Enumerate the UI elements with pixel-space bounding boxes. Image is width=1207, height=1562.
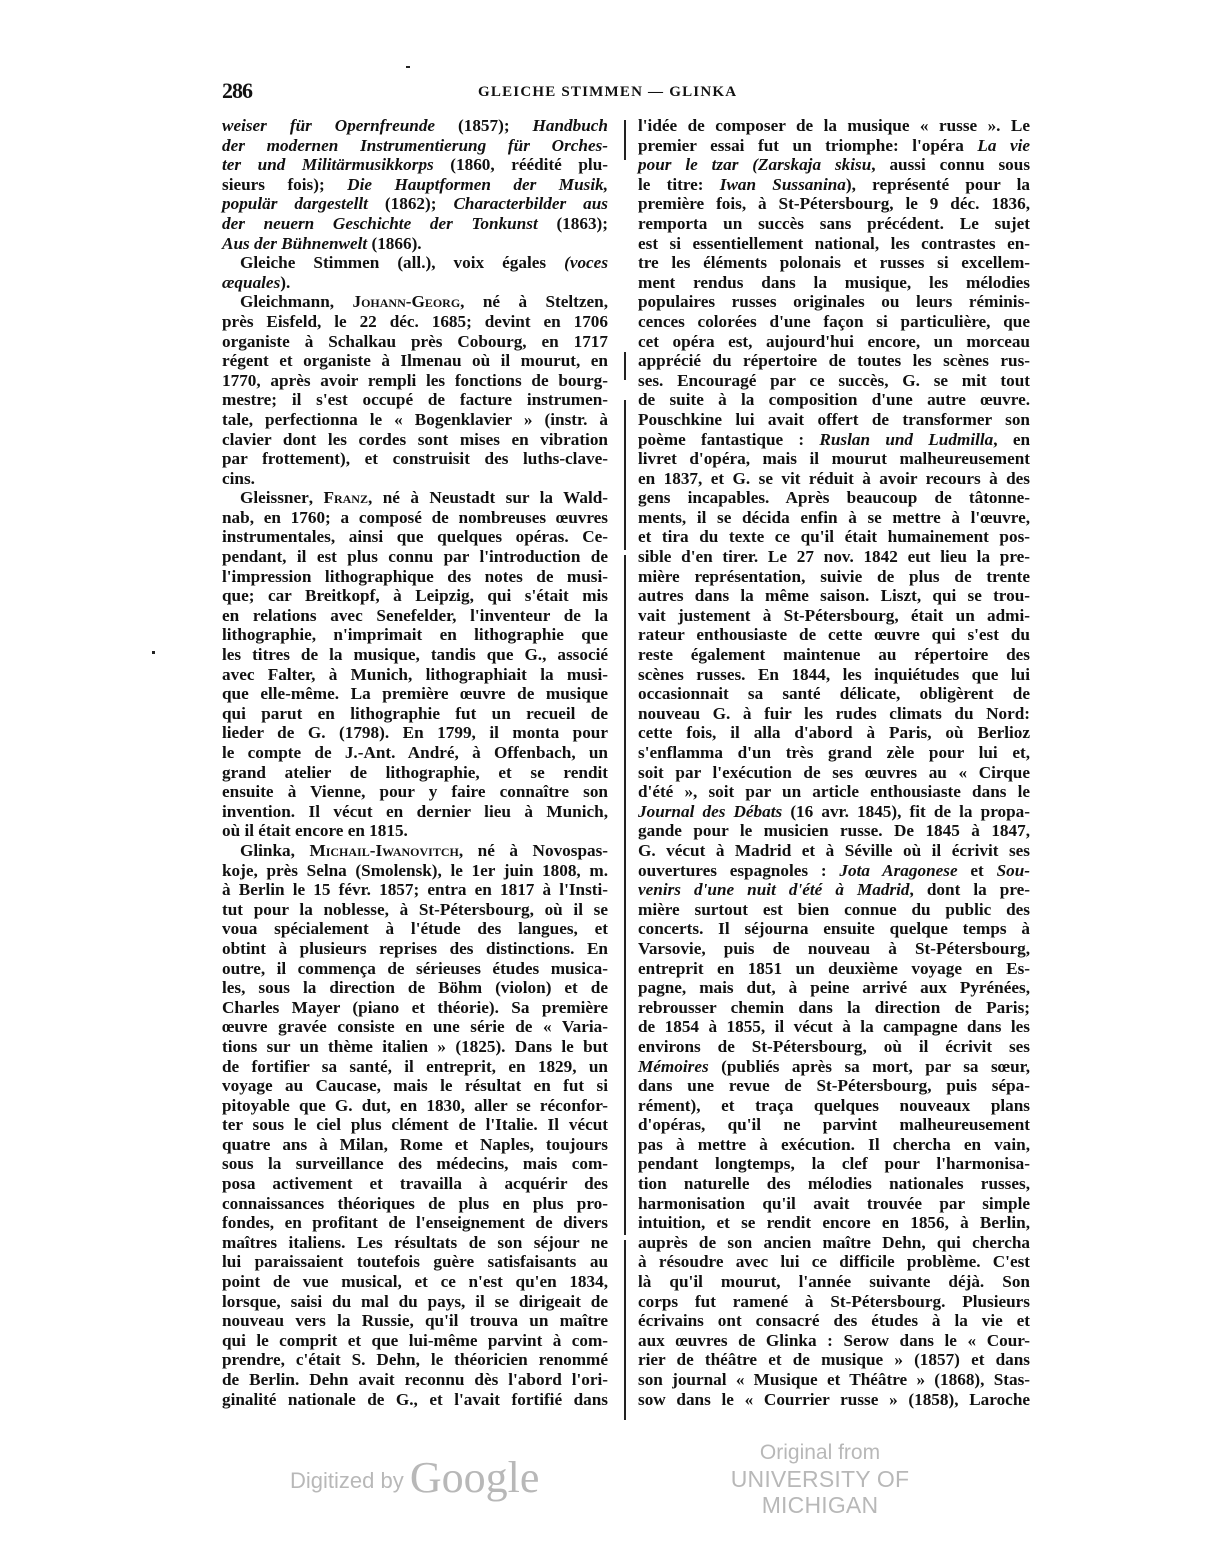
text-line: fondes, en profitant de l'enseignement d… xyxy=(222,1213,608,1233)
text-line: lithographie, n'imprimait en lithographi… xyxy=(222,625,608,645)
google-digitized-watermark: Digitized by Google xyxy=(290,1448,539,1499)
text-run: Varsovie, puis de nouveau à St-Pétersbou… xyxy=(638,939,1030,958)
text-run: l'idée de composer de la musique « russe… xyxy=(638,116,1030,135)
text-run: harmonisation qu'il avait trouvée par si… xyxy=(638,1194,1030,1213)
text-line: Gleissner, Franz, né à Neustadt sur la W… xyxy=(222,488,608,508)
text-run: auprès de son ancien maître Dehn, qui ch… xyxy=(638,1233,1030,1252)
text-run: voua spécialement à l'étude des langues,… xyxy=(222,919,608,938)
text-line: tale, perfectionna le « Bogenklavier » (… xyxy=(222,410,608,430)
text-run: populaires russes originales ou leurs ré… xyxy=(638,292,1030,311)
text-line: pas à mettre à exécution. Il chercha en … xyxy=(638,1135,1030,1155)
text-line: pour le tzar (Zarskaja skisu, aussi conn… xyxy=(638,155,1030,175)
text-line: les, sous la direction de Böhm (violon) … xyxy=(222,978,608,998)
italic-title: Journal des Débats xyxy=(638,802,782,821)
italic-title: Characterbilder aus xyxy=(453,194,608,213)
text-line: grand atelier de lithographie, et se ren… xyxy=(222,763,608,783)
text-line: cet opéra est, aujourd'hui encore, un mo… xyxy=(638,332,1030,352)
text-run: reste également maintenue au répertoire … xyxy=(638,645,1030,664)
text-line: auprès de son ancien maître Dehn, qui ch… xyxy=(638,1233,1030,1253)
text-run: , xyxy=(291,841,310,860)
text-run: fondes, en profitant de l'enseignement d… xyxy=(222,1213,608,1232)
text-run: autres dans la même saison. Liszt, qui s… xyxy=(638,586,1030,605)
text-run: soit par l'exécution de ses œuvres au « … xyxy=(638,763,1030,782)
text-run: Charles Mayer (piano et théorie). Sa pre… xyxy=(222,998,608,1017)
text-line: de Berlin. Dehn avait reconnu dès l'abor… xyxy=(222,1370,608,1390)
text-run: pas à mettre à exécution. Il chercha en … xyxy=(638,1135,1030,1154)
text-run: ment rendus dans la musique, les mélodie… xyxy=(638,273,1030,292)
text-run: nouveau vers la Russie, qu'il trouva un … xyxy=(222,1311,608,1330)
text-line: maîtres italiens. Les résultats de son s… xyxy=(222,1233,608,1253)
text-run: 1770, après avoir rempli les fonctions d… xyxy=(222,371,608,390)
text-line: autres dans la même saison. Liszt, qui s… xyxy=(638,586,1030,606)
text-run: aux œuvres de Glinka : Serow dans le « C… xyxy=(638,1331,1030,1350)
text-run: Pouschkine lui avait offert de transform… xyxy=(638,410,1030,429)
text-run: koje, près Selna (Smolensk), le 1er juin… xyxy=(222,861,608,880)
page-number: 286 xyxy=(222,78,252,104)
text-line: que; car Breitkopf, à Leipzig, qui s'éta… xyxy=(222,586,608,606)
text-line: pendant longtemps, la clef pour l'harmon… xyxy=(638,1154,1030,1174)
text-line: l'impression lithographique des notes de… xyxy=(222,567,608,587)
text-run: à Berlin le 15 févr. 1857; entra en 1817… xyxy=(222,880,608,899)
text-run: point de vue musical, et ce n'est qu'en … xyxy=(222,1272,608,1291)
text-line: nouveau vers la Russie, qu'il trouva un … xyxy=(222,1311,608,1331)
given-name: Franz xyxy=(323,488,368,507)
text-line: par frottement), et construisit des luth… xyxy=(222,449,608,469)
text-run: (1866). xyxy=(367,234,421,253)
column-rule xyxy=(624,400,626,550)
text-run: tut pour la noblesse, à St-Pétersbourg, … xyxy=(222,900,608,919)
text-line: cences colorées d'une façon si particuli… xyxy=(638,312,1030,332)
text-line: sible d'en tirer. Le 27 nov. 1842 eut li… xyxy=(638,547,1030,567)
text-line: pagne, mais dut, à peine arrivé aux Pyré… xyxy=(638,978,1030,998)
text-line: voua spécialement à l'étude des langues,… xyxy=(222,919,608,939)
italic-title: Handbuch xyxy=(533,116,608,135)
text-run: sous la surveillance des médecins, mais … xyxy=(222,1154,608,1173)
text-line: gens incapables. Après beaucoup de tâton… xyxy=(638,488,1030,508)
text-run: gande pour le musicien russe. De 1845 à … xyxy=(638,821,1030,840)
digitized-by-text: Digitized by xyxy=(290,1468,404,1493)
text-run: corps fut ramené à St-Pétersbourg. Plusi… xyxy=(638,1292,1030,1311)
text-line: de fortifier sa santé, il entreprit, en … xyxy=(222,1057,608,1077)
text-run: première fois, à St-Pétersbourg, le 9 dé… xyxy=(638,194,1030,213)
italic-title: Iwan Sussanina xyxy=(720,175,846,194)
text-run: (16 avr. 1845), fit de la propa- xyxy=(782,802,1030,821)
text-line: connaissances théoriques de plus en plus… xyxy=(222,1194,608,1214)
text-run: , dont la pre- xyxy=(910,880,1030,899)
text-line: obtint à plusieurs reprises des distinct… xyxy=(222,939,608,959)
text-line: 1770, après avoir rempli les fonctions d… xyxy=(222,371,608,391)
text-run: qui le comprit et que lui-même parvint à… xyxy=(222,1331,608,1350)
text-line: ginalité nationale de G., et l'avait for… xyxy=(222,1390,608,1410)
text-run: (1863); xyxy=(538,214,608,233)
text-run: (publiés après sa mort, par sa sœur, xyxy=(709,1057,1030,1076)
column-rule xyxy=(624,1240,626,1420)
text-line: point de vue musical, et ce n'est qu'en … xyxy=(222,1272,608,1292)
text-line: mière surtout est bien connue du public … xyxy=(638,900,1030,920)
text-run: ensuite à Vienne, pour y faire connaître… xyxy=(222,782,608,801)
text-run: occasionnait sa santé délicate, obligère… xyxy=(638,684,1030,703)
text-line: les titres de la musique, tandis que G.,… xyxy=(222,645,608,665)
text-line: koje, près Selna (Smolensk), le 1er juin… xyxy=(222,861,608,881)
text-line: nouveau G. à fuir les rudes climats du N… xyxy=(638,704,1030,724)
text-line: mestre; il s'est occupé de facture instr… xyxy=(222,390,608,410)
text-run: là qu'il mourut, l'année suivante déjà. … xyxy=(638,1272,1030,1291)
text-run: apprécié du répertoire de toutes les scè… xyxy=(638,351,1030,370)
italic-title: Aus der Bühnenwelt xyxy=(222,234,367,253)
text-line: que elle-même. La première œuvre de musi… xyxy=(222,684,608,704)
text-line: où il était encore en 1815. xyxy=(222,821,608,841)
university-text: UNIVERSITY OF MICHIGAN xyxy=(700,1466,940,1518)
text-line: d'opéras, qu'il ne parvint malheureuseme… xyxy=(638,1115,1030,1135)
italic-title: weiser für Opernfreunde xyxy=(222,116,435,135)
text-line: tions sur un thème italien » (1825). Dan… xyxy=(222,1037,608,1057)
text-line: le titre: Iwan Sussanina), représenté po… xyxy=(638,175,1030,195)
text-run: quatre ans à Milan, Rome et Naples, touj… xyxy=(222,1135,608,1154)
original-from-text: Original from xyxy=(700,1440,940,1466)
text-run: en 1837, et G. se vit réduit à avoir rec… xyxy=(638,469,1030,488)
text-run: , xyxy=(330,292,353,311)
text-line: invention. Il vécut en dernier lieu à Mu… xyxy=(222,802,608,822)
text-line: ouvertures espagnoles : Jota Aragonese e… xyxy=(638,861,1030,881)
text-run: , aussi connu sous xyxy=(871,155,1030,174)
text-run: cette fois, il alla d'abord à Paris, où … xyxy=(638,723,1030,742)
text-line: cette fois, il alla d'abord à Paris, où … xyxy=(638,723,1030,743)
text-line: reste également maintenue au répertoire … xyxy=(638,645,1030,665)
text-run: cet opéra est, aujourd'hui encore, un mo… xyxy=(638,332,1030,351)
text-line: œuvre gravée consiste en une série de « … xyxy=(222,1017,608,1037)
text-line: scènes russes. En 1844, les inquiétudes … xyxy=(638,665,1030,685)
column-rule xyxy=(624,352,626,380)
text-run: , xyxy=(309,488,324,507)
text-line: der modernen Instrumentierung für Orches… xyxy=(222,136,608,156)
text-run: cences colorées d'une façon si particuli… xyxy=(638,312,1030,331)
italic-title: æquales xyxy=(222,273,280,292)
text-run: remporta un succès sans précédent. Le su… xyxy=(638,214,1030,233)
given-name: Michail-Iwanovitch xyxy=(310,841,459,860)
text-line: clavier dont les cordes sont mises en vi… xyxy=(222,430,608,450)
text-run: intuition, et se rendit encore en 1856, … xyxy=(638,1213,1030,1232)
text-run: lieder de G. (1798). En 1799, il monta p… xyxy=(222,723,608,742)
text-run: (all.), voix égales xyxy=(379,253,564,272)
text-line: corps fut ramené à St-Pétersbourg. Plusi… xyxy=(638,1292,1030,1312)
text-run: tion naturelle des mélodies nationales r… xyxy=(638,1174,1030,1193)
entry-headword: Gleissner xyxy=(240,488,309,507)
text-line: de suite à la composition d'une autre œu… xyxy=(638,390,1030,410)
text-run: , né à Steltzen, xyxy=(460,292,608,311)
text-run: tre les éléments polonais et russes si e… xyxy=(638,253,1030,272)
text-line: ensuite à Vienne, pour y faire connaître… xyxy=(222,782,608,802)
text-line: quatre ans à Milan, Rome et Naples, touj… xyxy=(222,1135,608,1155)
text-line: ments, il se décida enfin à se mettre à … xyxy=(638,508,1030,528)
italic-title: Sou- xyxy=(997,861,1030,880)
text-line: Mémoires (publiés après sa mort, par sa … xyxy=(638,1057,1030,1077)
text-line: aux œuvres de Glinka : Serow dans le « C… xyxy=(638,1331,1030,1351)
text-run: ter sous le ciel plus clément de l'Itali… xyxy=(222,1115,608,1134)
text-line: venirs d'une nuit d'été à Madrid, dont l… xyxy=(638,880,1030,900)
text-run: dans une revue de St-Pétersbourg, puis s… xyxy=(638,1076,1030,1095)
text-run: les titres de la musique, tandis que G.,… xyxy=(222,645,608,664)
text-line: pendant, il est plus connu par l'introdu… xyxy=(222,547,608,567)
text-line: qui parut en lithographie fut un recueil… xyxy=(222,704,608,724)
text-run: où il était encore en 1815. xyxy=(222,821,408,840)
text-run: voyage au Caucase, mais le résultat en f… xyxy=(222,1076,608,1095)
text-run: de fortifier sa santé, il entreprit, en … xyxy=(222,1057,608,1076)
text-run: œuvre gravée consiste en une série de « … xyxy=(222,1017,608,1036)
left-column: weiser für Opernfreunde (1857); Handbuch… xyxy=(222,116,608,1409)
text-line: dans une revue de St-Pétersbourg, puis s… xyxy=(638,1076,1030,1096)
text-line: apprécié du répertoire de toutes les scè… xyxy=(638,351,1030,371)
italic-title: La vie xyxy=(977,136,1030,155)
text-line: harmonisation qu'il avait trouvée par si… xyxy=(638,1194,1030,1214)
italic-title: der modernen Instrumentierung für Orches… xyxy=(222,136,608,155)
text-run: que elle-même. La première œuvre de musi… xyxy=(222,684,608,703)
text-line: mière représentation, suivie de plus de … xyxy=(638,567,1030,587)
text-run: , né à Neustadt sur la Wald- xyxy=(368,488,608,507)
original-from-watermark: Original from UNIVERSITY OF MICHIGAN xyxy=(700,1440,940,1518)
italic-title: der neuern Geschichte der Tonkunst xyxy=(222,214,538,233)
text-line: weiser für Opernfreunde (1857); Handbuch xyxy=(222,116,608,136)
text-run: maîtres italiens. Les résultats de son s… xyxy=(222,1233,608,1252)
text-run: et xyxy=(958,861,997,880)
text-run: (1862); xyxy=(368,194,454,213)
text-line: première fois, à St-Pétersbourg, le 9 dé… xyxy=(638,194,1030,214)
entry-headword: Gleiche Stimmen xyxy=(240,253,379,272)
text-run: près Eisfeld, le 22 déc. 1685; devint en… xyxy=(222,312,608,331)
text-run: ments, il se décida enfin à se mettre à … xyxy=(638,508,1030,527)
italic-title: Ruslan und Ludmilla xyxy=(819,430,993,449)
text-line: qui le comprit et que lui-même parvint à… xyxy=(222,1331,608,1351)
text-line: sous la surveillance des médecins, mais … xyxy=(222,1154,608,1174)
text-line: rateur enthousiaste de cette œuvre qui s… xyxy=(638,625,1030,645)
text-run: invention. Il vécut en dernier lieu à Mu… xyxy=(222,802,608,821)
text-line: soit par l'exécution de ses œuvres au « … xyxy=(638,763,1030,783)
text-run: régent et organiste à Ilmenau où il mour… xyxy=(222,351,608,370)
text-run: de suite à la composition d'une autre œu… xyxy=(638,390,1030,409)
text-line: Gleichmann, Johann-Georg, né à Steltzen, xyxy=(222,292,608,312)
text-line: ment rendus dans la musique, les mélodie… xyxy=(638,273,1030,293)
text-line: Pouschkine lui avait offert de transform… xyxy=(638,410,1030,430)
text-run: (1860, réédité plu- xyxy=(434,155,608,174)
text-line: sieurs fois); Die Hauptformen der Musik, xyxy=(222,175,608,195)
text-run: pagne, mais dut, à peine arrivé aux Pyré… xyxy=(638,978,1030,997)
text-line: populär dargestellt (1862); Characterbil… xyxy=(222,194,608,214)
text-line: tre les éléments polonais et russes si e… xyxy=(638,253,1030,273)
text-line: Gleiche Stimmen (all.), voix égales (voc… xyxy=(222,253,608,273)
text-line: posa activement et travailla à acquérir … xyxy=(222,1174,608,1194)
text-run: à résoudre avec lui ce difficile problèm… xyxy=(638,1252,1030,1271)
text-line: remporta un succès sans précédent. Le su… xyxy=(638,214,1030,234)
text-line: Varsovie, puis de nouveau à St-Pétersbou… xyxy=(638,939,1030,959)
text-line: sow dans le « Courrier russe » (1858), L… xyxy=(638,1390,1030,1410)
text-run: premier essai fut un triomphe: l'opéra xyxy=(638,136,977,155)
text-run: sow dans le « Courrier russe » (1858), L… xyxy=(638,1390,1030,1409)
text-run: grand atelier de lithographie, et se ren… xyxy=(222,763,608,782)
text-line: æquales). xyxy=(222,273,608,293)
right-column: l'idée de composer de la musique « russe… xyxy=(638,116,1030,1409)
italic-title: Jota Aragonese xyxy=(839,861,957,880)
text-line: tut pour la noblesse, à St-Pétersbourg, … xyxy=(222,900,608,920)
text-line: poème fantastique : Ruslan und Ludmilla,… xyxy=(638,430,1030,450)
text-run: mestre; il s'est occupé de facture instr… xyxy=(222,390,608,409)
text-run: de Berlin. Dehn avait reconnu dès l'abor… xyxy=(222,1370,608,1389)
text-line: Journal des Débats (16 avr. 1845), fit d… xyxy=(638,802,1030,822)
text-run: posa activement et travailla à acquérir … xyxy=(222,1174,608,1193)
text-run: outre, il commença de sérieuses études m… xyxy=(222,959,608,978)
text-run: l'impression lithographique des notes de… xyxy=(222,567,608,586)
italic-title: ter und Militärmusikkorps xyxy=(222,155,434,174)
text-line: lieder de G. (1798). En 1799, il monta p… xyxy=(222,723,608,743)
text-line: nab, en 1760; a composé de nombreuses œu… xyxy=(222,508,608,528)
text-line: le compte de J.-Ant. André, à Offenbach,… xyxy=(222,743,608,763)
text-line: occasionnait sa santé délicate, obligère… xyxy=(638,684,1030,704)
text-run: rebrousser chemin dans la direction de P… xyxy=(638,998,1030,1017)
text-run: rier de théâtre et de musique » (1857) e… xyxy=(638,1350,1030,1369)
text-line: organiste à Schalkau près Cobourg, en 17… xyxy=(222,332,608,352)
text-line: cins. xyxy=(222,469,608,489)
text-line: entreprit en 1851 un deuxième voyage en … xyxy=(638,959,1030,979)
text-run: le compte de J.-Ant. André, à Offenbach,… xyxy=(222,743,608,762)
text-run: cins. xyxy=(222,469,255,488)
text-line: intuition, et se rendit encore en 1856, … xyxy=(638,1213,1030,1233)
column-rule xyxy=(624,120,626,160)
italic-title: venirs d'une nuit d'été à Madrid xyxy=(638,880,910,899)
text-line: der neuern Geschichte der Tonkunst (1863… xyxy=(222,214,608,234)
text-line: à Berlin le 15 févr. 1857; entra en 1817… xyxy=(222,880,608,900)
text-line: d'été », soit par un article enthousiast… xyxy=(638,782,1030,802)
text-line: tion naturelle des mélodies nationales r… xyxy=(638,1174,1030,1194)
text-run: mière surtout est bien connue du public … xyxy=(638,900,1030,919)
text-line: Aus der Bühnenwelt (1866). xyxy=(222,234,608,254)
text-run: gens incapables. Après beaucoup de tâton… xyxy=(638,488,1030,507)
scan-speck xyxy=(406,66,410,68)
google-logo: Google xyxy=(410,1453,540,1502)
text-line: prendre, c'était S. Dehn, le théoricien … xyxy=(222,1350,608,1370)
text-run: (1857); xyxy=(435,116,532,135)
text-line: son journal « Musique et Théâtre » (1868… xyxy=(638,1370,1030,1390)
text-run: livret d'opéra, mais il mourut malheureu… xyxy=(638,449,1030,468)
text-run: ). xyxy=(280,273,290,292)
text-run: G. vécut à Madrid et à Séville où il écr… xyxy=(638,841,1030,860)
text-line: s'enflamma d'un très grand zèle pour lui… xyxy=(638,743,1030,763)
text-line: gande pour le musicien russe. De 1845 à … xyxy=(638,821,1030,841)
text-line: populaires russes originales ou leurs ré… xyxy=(638,292,1030,312)
text-run: lui paraissaient toutefois guère satisfa… xyxy=(222,1252,608,1271)
text-run: instrumentales, ainsi que quelques opéra… xyxy=(222,527,608,546)
text-line: Glinka, Michail-Iwanovitch, né à Novospa… xyxy=(222,841,608,861)
text-run: pitoyable que G. dut, en 1830, aller se … xyxy=(222,1096,608,1115)
running-head: GLEICHE STIMMEN — GLINKA xyxy=(478,84,737,101)
text-run: est si essentiellement national, les con… xyxy=(638,234,1030,253)
italic-title: Die Hauptformen der Musik, xyxy=(347,175,608,194)
text-run: et tira du texte ce qu'il était humainem… xyxy=(638,527,1030,546)
text-run: vait justement à St-Pétersbourg, était u… xyxy=(638,606,1030,625)
text-run: les, sous la direction de Böhm (violon) … xyxy=(222,978,608,997)
text-line: de 1854 à 1855, il vécut à la campagne d… xyxy=(638,1017,1030,1037)
text-run: que; car Breitkopf, à Leipzig, qui s'éta… xyxy=(222,586,608,605)
entry-headword: Gleichmann xyxy=(240,292,330,311)
text-run: lorsque, saisi du mal du pays, il se dir… xyxy=(222,1292,608,1311)
text-run: rateur enthousiaste de cette œuvre qui s… xyxy=(638,625,1030,644)
text-run: lithographie, n'imprimait en lithographi… xyxy=(222,625,608,644)
text-run: tions sur un thème italien » (1825). Dan… xyxy=(222,1037,608,1056)
text-run: son journal « Musique et Théâtre » (1868… xyxy=(638,1370,1030,1389)
text-line: rebrousser chemin dans la direction de P… xyxy=(638,998,1030,1018)
text-run: environs de St-Pétersbourg, où il écrivi… xyxy=(638,1037,1030,1056)
text-run: obtint à plusieurs reprises des distinct… xyxy=(222,939,608,958)
text-line: pitoyable que G. dut, en 1830, aller se … xyxy=(222,1096,608,1116)
text-line: Charles Mayer (piano et théorie). Sa pre… xyxy=(222,998,608,1018)
text-line: ter sous le ciel plus clément de l'Itali… xyxy=(222,1115,608,1135)
text-run: d'opéras, qu'il ne parvint malheureuseme… xyxy=(638,1115,1030,1134)
text-run: nab, en 1760; a composé de nombreuses œu… xyxy=(222,508,608,527)
italic-title: Mémoires xyxy=(638,1057,709,1076)
text-line: outre, il commença de sérieuses études m… xyxy=(222,959,608,979)
text-run: écrivains ont consacré des études à la v… xyxy=(638,1311,1030,1330)
text-run: scènes russes. En 1844, les inquiétudes … xyxy=(638,665,1030,684)
text-run: prendre, c'était S. Dehn, le théoricien … xyxy=(222,1350,608,1369)
text-run: organiste à Schalkau près Cobourg, en 17… xyxy=(222,332,608,351)
italic-title: (voces xyxy=(564,253,608,272)
text-line: à résoudre avec lui ce difficile problèm… xyxy=(638,1252,1030,1272)
text-run: sible d'en tirer. Le 27 nov. 1842 eut li… xyxy=(638,547,1030,566)
text-run: ), représenté pour la xyxy=(846,175,1030,194)
scan-speck xyxy=(152,651,155,654)
text-line: est si essentiellement national, les con… xyxy=(638,234,1030,254)
text-run: nouveau G. à fuir les rudes climats du N… xyxy=(638,704,1030,723)
text-run: entreprit en 1851 un deuxième voyage en … xyxy=(638,959,1030,978)
text-run: , né à Novospas- xyxy=(459,841,608,860)
text-line: et tira du texte ce qu'il était humainem… xyxy=(638,527,1030,547)
text-run: s'enflamma d'un très grand zèle pour lui… xyxy=(638,743,1030,762)
italic-title: pour le tzar (Zarskaja skisu xyxy=(638,155,871,174)
text-run: mière représentation, suivie de plus de … xyxy=(638,567,1030,586)
text-line: près Eisfeld, le 22 déc. 1685; devint en… xyxy=(222,312,608,332)
text-run: ses. Encouragé par ce succès, G. se mit … xyxy=(638,371,1030,390)
italic-title: populär dargestellt xyxy=(222,194,368,213)
text-run: d'été », soit par un article enthousiast… xyxy=(638,782,1030,801)
text-line: en 1837, et G. se vit réduit à avoir rec… xyxy=(638,469,1030,489)
text-run: par frottement), et construisit des luth… xyxy=(222,449,608,468)
text-run: ginalité nationale de G., et l'avait for… xyxy=(222,1390,608,1409)
text-run: rément), et traça quelques nouveaux plan… xyxy=(638,1096,1030,1115)
text-line: avec Falter, à Munich, lithographiait la… xyxy=(222,665,608,685)
text-run: poème fantastique : xyxy=(638,430,819,449)
given-name: Johann-Georg xyxy=(352,292,460,311)
text-line: l'idée de composer de la musique « russe… xyxy=(638,116,1030,136)
text-line: concerts. Il séjourna ensuite quelque te… xyxy=(638,919,1030,939)
text-line: lui paraissaient toutefois guère satisfa… xyxy=(222,1252,608,1272)
text-run: , en xyxy=(993,430,1030,449)
text-line: lorsque, saisi du mal du pays, il se dir… xyxy=(222,1292,608,1312)
text-run: concerts. Il séjourna ensuite quelque te… xyxy=(638,919,1030,938)
text-line: ses. Encouragé par ce succès, G. se mit … xyxy=(638,371,1030,391)
text-run: qui parut en lithographie fut un recueil… xyxy=(222,704,608,723)
text-line: régent et organiste à Ilmenau où il mour… xyxy=(222,351,608,371)
text-run: clavier dont les cordes sont mises en vi… xyxy=(222,430,608,449)
text-run: connaissances théoriques de plus en plus… xyxy=(222,1194,608,1213)
text-run: le titre: xyxy=(638,175,720,194)
text-line: en relations avec Senefelder, l'inventeu… xyxy=(222,606,608,626)
text-line: là qu'il mourut, l'année suivante déjà. … xyxy=(638,1272,1030,1292)
text-line: rier de théâtre et de musique » (1857) e… xyxy=(638,1350,1030,1370)
text-run: en relations avec Senefelder, l'inventeu… xyxy=(222,606,608,625)
text-run: sieurs fois); xyxy=(222,175,347,194)
entry-headword: Glinka xyxy=(240,841,291,860)
text-line: instrumentales, ainsi que quelques opéra… xyxy=(222,527,608,547)
text-run: ouvertures espagnoles : xyxy=(638,861,839,880)
text-line: G. vécut à Madrid et à Séville où il écr… xyxy=(638,841,1030,861)
text-line: environs de St-Pétersbourg, où il écrivi… xyxy=(638,1037,1030,1057)
